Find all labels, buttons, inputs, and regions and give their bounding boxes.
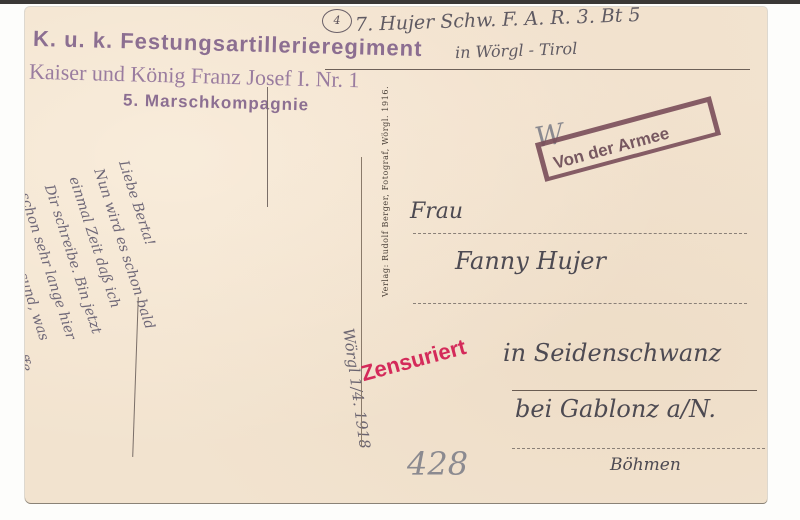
address-line [413, 233, 747, 234]
date-text: Wörgl 1/4. 1918 [339, 327, 374, 450]
handwritten-underline [267, 87, 268, 207]
recipient-town: in Seidenschwanz [503, 339, 721, 367]
address-divider [361, 157, 362, 447]
address-line [512, 448, 767, 449]
recipient-region: bei Gablonz a/N. [515, 395, 716, 423]
pencil-number: 428 [407, 445, 468, 483]
message-block: Liebe Berta! Nun wird es schon bald einm… [25, 157, 188, 408]
scan-top-edge [0, 0, 800, 4]
address-line [413, 303, 747, 304]
regiment-stamp-line-2: Kaiser und König Franz Josef I. Nr. 1 [29, 59, 360, 94]
sender-line-1: 7. Hujer Schw. F. A. R. 3. Bt 5 [355, 7, 641, 36]
recipient-name: Fanny Hujer [455, 247, 606, 275]
sender-line-2: in Wörgl - Tirol [455, 39, 578, 62]
sender-underline [325, 69, 750, 70]
armee-box-stamp: Von der Armee [535, 96, 721, 182]
postcard: K. u. k. Festungsartillerieregiment Kais… [25, 7, 767, 503]
publisher-imprint: Verlag: Rudolf Berger, Fotograf, Wörgl. … [381, 86, 390, 297]
censor-stamp: Zensuriert [358, 334, 469, 387]
regiment-stamp-line-3: 5. Marschkompagnie [123, 91, 310, 116]
recipient-country: Böhmen [610, 455, 681, 475]
recipient-salutation: Frau [410, 199, 463, 224]
circled-mark: 4 [322, 9, 352, 33]
address-line [512, 390, 757, 391]
